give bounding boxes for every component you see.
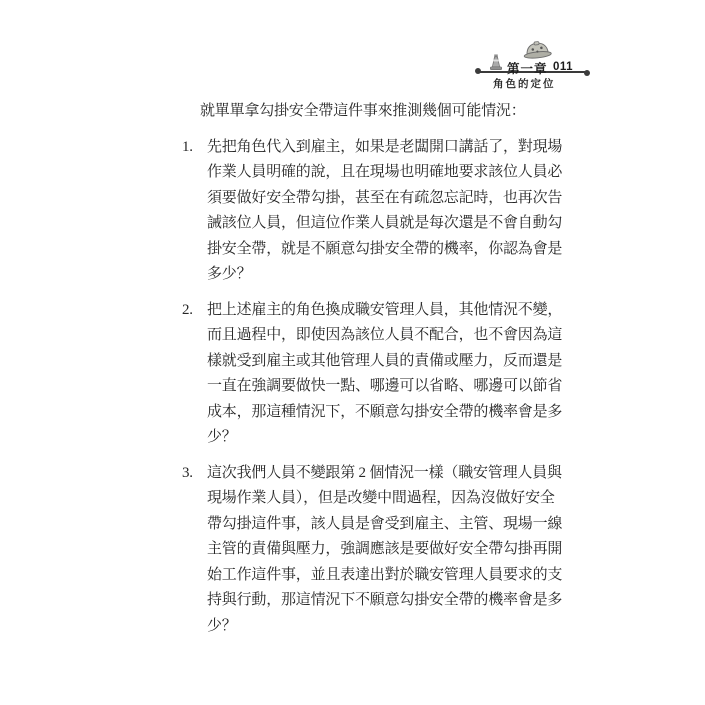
item-number: 3.: [182, 461, 207, 640]
numbered-list: 1. 先把角色代入到雇主，如果是老闆開口講話了，對現場 作業人員明確的說，且在現…: [182, 135, 542, 640]
text-line: 少？: [207, 614, 562, 640]
text-line: 成本，那這種情況下，不願意勾掛安全帶的機率會是多: [207, 400, 562, 426]
text-line: 誡該位人員，但這位作業人員就是每次還是不會自動勾: [207, 211, 562, 237]
text-line: 樣就受到雇主或其他管理人員的責備或壓力，反而還是: [207, 349, 562, 375]
text-line: 一直在強調要做快一點、哪邊可以省略、哪邊可以節省: [207, 374, 562, 400]
intro-paragraph: 就單單拿勾掛安全帶這件事來推測幾個可能情況：: [182, 99, 542, 125]
text-line: 掛安全帶，就是不願意勾掛安全帶的機率，你認為會是: [207, 237, 562, 263]
divider-right-dot: [584, 70, 590, 76]
text-line: 把上述雇主的角色換成職安管理人員，其他情況不變，: [207, 298, 562, 324]
text-line: 多少？: [207, 262, 562, 288]
item-text: 把上述雇主的角色換成職安管理人員，其他情況不變， 而且過程中，即使因為該位人員不…: [207, 298, 562, 451]
traffic-cone-icon: [489, 53, 503, 77]
section-title: 角色的定位: [493, 76, 556, 91]
text-block: 就單單拿勾掛安全帶這件事來推測幾個可能情況： 1. 先把角色代入到雇主，如果是老…: [182, 99, 542, 649]
text-line: 這次我們人員不變跟第 2 個情況一樣（職安管理人員與: [207, 461, 562, 487]
item-text: 這次我們人員不變跟第 2 個情況一樣（職安管理人員與 現場作業人員），但是改變中…: [207, 461, 562, 640]
text-line: 而且過程中，即使因為該位人員不配合，也不會因為這: [207, 323, 562, 349]
chapter-label: 第一章: [507, 59, 548, 77]
text-line: 先把角色代入到雇主，如果是老闆開口講話了，對現場: [207, 135, 562, 161]
list-item: 3. 這次我們人員不變跟第 2 個情況一樣（職安管理人員與 現場作業人員），但是…: [182, 461, 542, 640]
item-number: 2.: [182, 298, 207, 451]
page-header: 第一章 011 角色的定位: [470, 38, 600, 93]
page-number: 011: [553, 61, 573, 73]
text-line: 須要做好安全帶勾掛，甚至在有疏忽忘記時，也再次告: [207, 186, 562, 212]
text-line: 作業人員明確的說，且在現場也明確地要求該位人員必: [207, 160, 562, 186]
list-item: 1. 先把角色代入到雇主，如果是老闆開口講話了，對現場 作業人員明確的說，且在現…: [182, 135, 542, 288]
item-text: 先把角色代入到雇主，如果是老闆開口講話了，對現場 作業人員明確的說，且在現場也明…: [207, 135, 562, 288]
item-number: 1.: [182, 135, 207, 288]
text-line: 帶勾掛這件事，該人員是會受到雇主、主管、現場一線: [207, 512, 562, 538]
text-line: 現場作業人員），但是改變中間過程，因為沒做好安全: [207, 486, 562, 512]
text-line: 主管的責備與壓力，強調應該是要做好安全帶勾掛再開: [207, 537, 562, 563]
text-line: 始工作這件事，並且表達出對於職安管理人員要求的支: [207, 563, 562, 589]
book-page: 第一章 011 角色的定位 就單單拿勾掛安全帶這件事來推測幾個可能情況： 1. …: [0, 0, 705, 705]
text-line: 持與行動，那這情況下不願意勾掛安全帶的機率會是多: [207, 588, 562, 614]
text-line: 少？: [207, 425, 562, 451]
list-item: 2. 把上述雇主的角色換成職安管理人員，其他情況不變， 而且過程中，即使因為該位…: [182, 298, 542, 451]
